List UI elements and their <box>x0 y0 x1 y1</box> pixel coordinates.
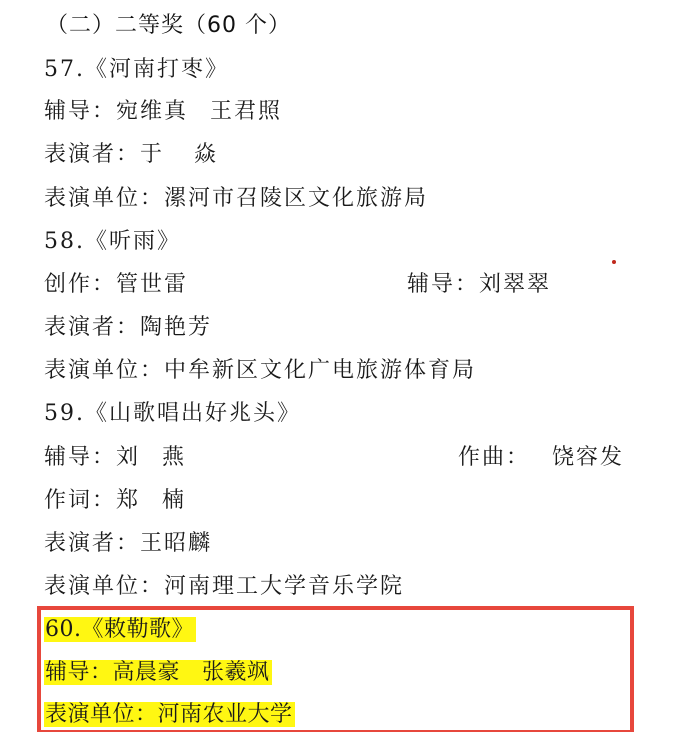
entry-58-title: 58.《听雨》 <box>44 227 181 257</box>
unit-value: 漯河市召陵区文化旅游局 <box>164 186 428 211</box>
tutor-name-1: 宛维真 <box>116 99 188 124</box>
entry-60-title: 60.《敕勒歌》 <box>44 615 196 645</box>
highlighted-title: 60.《敕勒歌》 <box>44 617 196 642</box>
performer-value: 王昭麟 <box>140 531 212 556</box>
entry-57-title: 57.《河南打枣》 <box>44 55 229 85</box>
label: 表演单位： <box>44 358 164 383</box>
entry-58-performer: 表演者：陶艳芳 <box>44 313 212 343</box>
entry-59-lyricist: 作词：郑楠 <box>44 486 186 516</box>
highlighted-unit: 表演单位：河南农业大学 <box>44 702 295 727</box>
performer-given: 焱 <box>194 142 218 167</box>
label: 辅导： <box>407 272 479 297</box>
lyricist-surname: 郑 <box>116 488 140 513</box>
label: 表演单位： <box>45 702 158 727</box>
entry-57-performer: 表演者：于焱 <box>44 140 218 170</box>
label: 辅导： <box>45 660 113 685</box>
lyricist-given: 楠 <box>162 488 186 513</box>
tutor-name-1: 高晨豪 <box>113 660 181 685</box>
label: 创作： <box>44 272 116 297</box>
entry-59-tutor: 辅导：刘燕 <box>44 443 186 473</box>
entry-59-performer: 表演者：王昭麟 <box>44 529 212 559</box>
label: 作词： <box>44 488 116 513</box>
label: 表演者： <box>44 142 140 167</box>
label: 作曲： <box>458 445 530 470</box>
highlighted-tutor: 辅导：高晨豪张羲飒 <box>44 660 272 685</box>
section-heading: （二）二等奖（60 个） <box>46 11 291 41</box>
entry-57-tutor: 辅导：宛维真王君照 <box>44 97 282 127</box>
entry-60-unit: 表演单位：河南农业大学 <box>44 700 295 730</box>
creator-value: 管世雷 <box>116 272 188 297</box>
entry-58-tutor: 辅导：刘翠翠 <box>407 270 551 300</box>
label: 辅导： <box>44 99 116 124</box>
composer-value: 饶容发 <box>552 445 624 470</box>
tutor-name-2: 张羲飒 <box>202 660 270 685</box>
red-dot-mark <box>612 260 616 264</box>
entry-60-tutor: 辅导：高晨豪张羲飒 <box>44 658 272 688</box>
tutor-given: 燕 <box>162 445 186 470</box>
entry-58-unit: 表演单位：中牟新区文化广电旅游体育局 <box>44 356 476 386</box>
entry-59-unit: 表演单位：河南理工大学音乐学院 <box>44 572 404 602</box>
entry-58-creator: 创作：管世雷 <box>44 270 188 300</box>
tutor-value: 刘翠翠 <box>479 272 551 297</box>
unit-value: 河南理工大学音乐学院 <box>164 574 404 599</box>
label: 表演者： <box>44 315 140 340</box>
performer-surname: 于 <box>140 142 164 167</box>
tutor-name-2: 王君照 <box>210 99 282 124</box>
performer-value: 陶艳芳 <box>140 315 212 340</box>
unit-value: 河南农业大学 <box>158 702 293 727</box>
entry-59-title: 59.《山歌唱出好兆头》 <box>44 399 301 429</box>
entry-57-unit: 表演单位：漯河市召陵区文化旅游局 <box>44 184 428 214</box>
label: 辅导： <box>44 445 116 470</box>
label: 表演者： <box>44 531 140 556</box>
tutor-surname: 刘 <box>116 445 140 470</box>
unit-value: 中牟新区文化广电旅游体育局 <box>164 358 476 383</box>
label: 表演单位： <box>44 186 164 211</box>
label: 表演单位： <box>44 574 164 599</box>
entry-59-composer: 作曲：饶容发 <box>458 443 624 473</box>
